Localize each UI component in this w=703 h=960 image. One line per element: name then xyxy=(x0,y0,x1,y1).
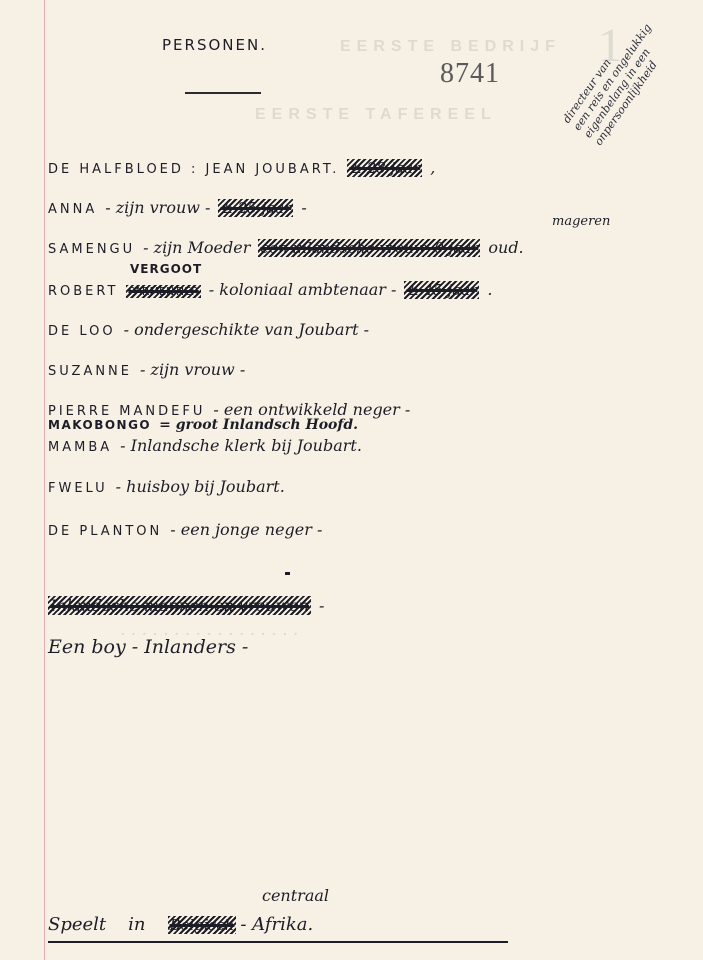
margin-line xyxy=(44,0,45,960)
character-name: DE HALFBLOED : JEAN JOUBART. xyxy=(48,162,339,177)
character-row: DE PLANTON - een jonge neger - xyxy=(48,520,322,539)
setting-line: Speelt in Belgisch - Afrika. xyxy=(48,914,313,935)
character-description: - ondergeschikte van Joubart - xyxy=(124,320,369,339)
struck-surname: PARMENTIER xyxy=(126,285,200,298)
page-title: PERSONEN. xyxy=(162,36,267,54)
character-name: MAKOBONGO xyxy=(48,418,151,432)
inserted-word: centraal xyxy=(262,886,329,905)
character-description: = groot Inlandsch Hoofd. xyxy=(159,417,358,433)
character-description: - zijn Moeder xyxy=(143,238,250,257)
ghost-subheader: EERSTE TAFEREEL xyxy=(255,106,497,124)
character-name: ANNA xyxy=(48,202,97,217)
character-description: - zijn vrouw - xyxy=(105,198,210,217)
character-row: MAKOBONGO = groot Inlandsch Hoofd. xyxy=(48,417,358,433)
archive-stamp-number: 8741 xyxy=(440,58,500,90)
character-description: - Inlandsche klerk bij Joubart. xyxy=(120,436,362,455)
character-row: FWELU - huisboy bij Joubart. xyxy=(48,477,285,496)
character-row: SUZANNE - zijn vrouw - xyxy=(48,360,245,379)
struck-text: Inlandsche mannen en vrouwen xyxy=(48,596,311,615)
character-row: DE HALFBLOED : JEAN JOUBART. ± 28 jaar , xyxy=(48,158,435,177)
character-name: SAMENGU xyxy=(48,242,135,257)
character-row: ROBERT PARMENTIER - koloniaal ambtenaar … xyxy=(48,280,492,299)
struck-text: ± 28 jaar xyxy=(347,159,422,177)
character-name: DE LOO xyxy=(48,324,116,339)
ghost-header: EERSTE BEDRIJF xyxy=(340,38,561,56)
struck-text: ± 45 jaar xyxy=(404,281,479,299)
struck-line-row: Inlandsche mannen en vrouwen - xyxy=(48,596,324,615)
character-description: - huisboy bij Joubart. xyxy=(116,477,285,496)
character-name: FWELU xyxy=(48,481,108,496)
struck-text: een inlandsche vrouw, 0 jaar xyxy=(258,239,480,257)
struck-text: Belgisch xyxy=(168,916,237,934)
character-description: - een jonge neger - xyxy=(170,520,322,539)
footer-underline xyxy=(48,941,508,943)
character-name: MAMBA xyxy=(48,440,112,455)
character-row: MAMBA - Inlandsche klerk bij Joubart. xyxy=(48,436,362,455)
character-description: - zijn vrouw - xyxy=(140,360,245,379)
inserted-surname: VERGOOT xyxy=(130,262,202,276)
ink-dash xyxy=(285,572,290,575)
character-row: DE LOO - ondergeschikte van Joubart - xyxy=(48,320,369,339)
character-name: DE PLANTON xyxy=(48,524,162,539)
margin-note: directeur van een reis en ongelukkig eig… xyxy=(560,20,671,148)
character-row: SAMENGU - zijn Moeder een inlandsche vro… xyxy=(48,238,524,257)
title-underline xyxy=(185,92,261,94)
character-description: - koloniaal ambtenaar - xyxy=(209,280,397,299)
struck-text: ± 25 jaar xyxy=(218,199,293,217)
character-name: ROBERT xyxy=(48,284,118,299)
notebook-page: EERSTE BEDRIJF 1 EERSTE TAFEREEL PERSONE… xyxy=(0,0,703,960)
ghost-handwriting: . . . . . . . . . . . . . . . . . xyxy=(120,620,298,640)
inserted-word: mageren xyxy=(552,214,610,229)
character-name: SUZANNE xyxy=(48,364,132,379)
character-row: ANNA - zijn vrouw - ± 25 jaar - xyxy=(48,198,307,217)
